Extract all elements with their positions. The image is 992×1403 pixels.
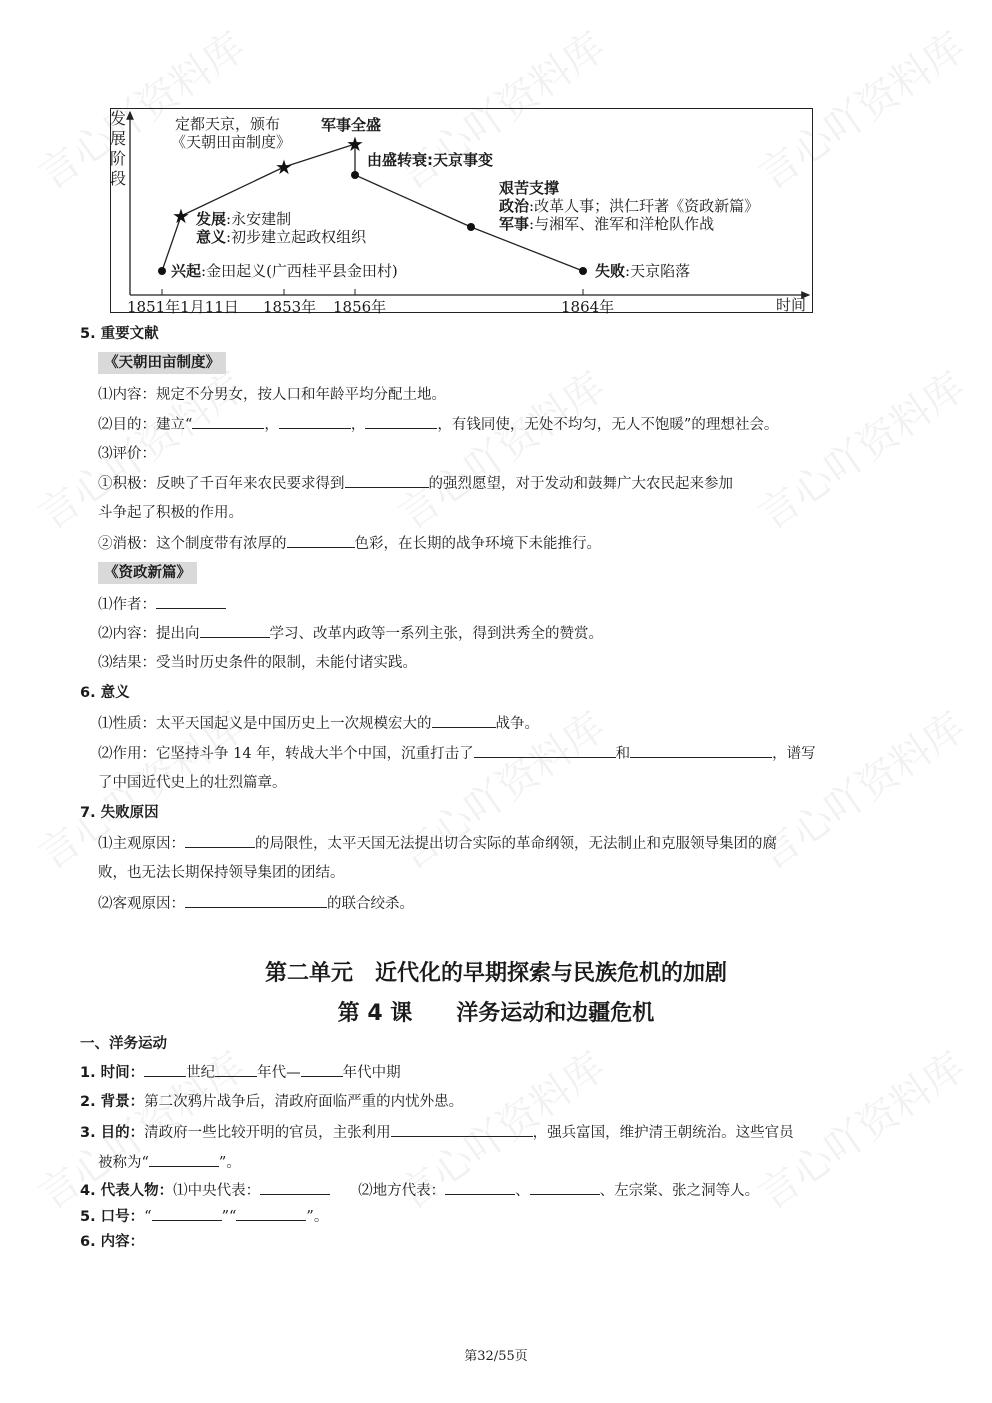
watermark: 言心吖资料库 — [745, 696, 974, 880]
westernization-figures: 4. 代表人物：⑴中央代表：⑵地方代表：、、左宗棠、张之洞等人。 — [80, 1180, 759, 1201]
blank[interactable] — [445, 1180, 515, 1195]
blank[interactable] — [474, 743, 616, 758]
section-7-heading: 7. 失败原因 — [80, 803, 159, 823]
watermark: 言心吖资料库 — [385, 356, 614, 540]
label-development: 发展:永安建制 意义:初步建立起政权组织 — [196, 210, 366, 246]
blank[interactable] — [144, 1062, 186, 1077]
blank[interactable] — [200, 623, 270, 638]
blank[interactable] — [185, 893, 327, 908]
doc-tianchao-title: 《天朝田亩制度》 — [98, 352, 226, 374]
blank[interactable] — [156, 594, 226, 609]
tick-1856: 1856年 — [333, 296, 386, 317]
label-capital: 定都天京，颁布 《天朝田亩制度》 — [171, 115, 291, 151]
tianchao-positive: ①积极：反映了千百年来农民要求得到的强烈愿望，对于发动和鼓舞广大农民起来参加 — [98, 473, 733, 494]
significance-effect-cont: 了中国近代史上的壮烈篇章。 — [98, 773, 287, 793]
blank[interactable] — [192, 414, 264, 429]
blank[interactable] — [287, 533, 355, 548]
blank[interactable] — [365, 414, 437, 429]
section-5-heading: 5. 重要文献 — [80, 324, 159, 344]
page-number: 第32/55页 — [0, 1345, 992, 1364]
y-axis-label: 发展阶段 — [110, 109, 130, 189]
tick-1853: 1853年 — [263, 296, 316, 317]
unit-title: 第二单元 近代化的早期探索与民族危机的加剧 — [0, 956, 992, 987]
failure-objective: ⑵客观原因：的联合绞杀。 — [98, 893, 414, 914]
blank[interactable] — [432, 713, 496, 728]
doc-zizheng-title: 《资政新篇》 — [98, 562, 197, 584]
westernization-slogan: 5. 口号：“”“”。 — [80, 1206, 328, 1227]
blank[interactable] — [215, 1062, 257, 1077]
westernization-time: 1. 时间：世纪年代—年代中期 — [80, 1062, 401, 1083]
failure-subjective: ⑴主观原因：的局限性，太平天国无法提出切合实际的革命纲领，无法制止和克服领导集团… — [98, 833, 777, 854]
x-axis-label: 时间 — [776, 296, 806, 314]
lesson-title: 第 4 课 洋务运动和边疆危机 — [0, 996, 992, 1027]
blank[interactable] — [260, 1180, 330, 1195]
label-peak: 军事全盛 — [321, 116, 381, 134]
tianchao-content: ⑴内容：规定不分男女，按人口和年龄平均分配土地。 — [98, 385, 446, 405]
label-struggle: 艰苦支撑 政治:改革人事；洪仁玕著《资政新篇》 军事:与湘军、淮军和洋枪队作战 — [499, 179, 759, 233]
svg-text:★: ★ — [346, 132, 364, 156]
tianchao-negative: ②消极：这个制度带有浓厚的色彩，在长期的战争环境下未能推行。 — [98, 533, 601, 554]
svg-text:★: ★ — [275, 155, 293, 179]
westernization-purpose-cont: 被称为“”。 — [98, 1152, 241, 1173]
section-6-heading: 6. 意义 — [80, 683, 130, 703]
blank[interactable] — [236, 1206, 306, 1221]
blank[interactable] — [152, 1206, 222, 1221]
failure-subjective-cont: 败，也无法长期保持领导集团的团结。 — [98, 863, 345, 883]
significance-effect: ⑵作用：它坚持斗争 14 年，转战大半个中国，沉重打击了和，谱写 — [98, 743, 816, 764]
blank[interactable] — [149, 1152, 219, 1167]
taiping-timeline-diagram: ★ ★ ★ 发展阶段 时间 1851年1月11日 1853年 1856年 186… — [110, 108, 813, 313]
zizheng-author: ⑴作者： — [98, 594, 226, 615]
zizheng-result: ⑶结果：受当时历史条件的限制，未能付诸实践。 — [98, 653, 417, 673]
zizheng-content: ⑵内容：提出向学习、改革内政等一系列主张，得到洪秀全的赞赏。 — [98, 623, 603, 644]
blank[interactable] — [279, 414, 351, 429]
label-turn: 由盛转衰:天京事变 — [367, 151, 493, 169]
blank[interactable] — [391, 1122, 533, 1137]
tick-1851: 1851年1月11日 — [127, 296, 239, 317]
label-fail: 失败:天京陷落 — [595, 262, 690, 280]
tianchao-positive-cont: 斗争起了积极的作用。 — [98, 503, 243, 523]
tianchao-purpose: ⑵目的：建立“，，，有钱同使，无处不均匀，无人不饱暖”的理想社会。 — [98, 414, 778, 435]
significance-nature: ⑴性质：太平天国起义是中国历史上一次规模宏大的战争。 — [98, 713, 539, 734]
part-1-heading: 一、洋务运动 — [80, 1034, 167, 1054]
blank[interactable] — [185, 833, 255, 848]
blank[interactable] — [301, 1062, 343, 1077]
westernization-content: 6. 内容： — [80, 1232, 144, 1252]
label-rise: 兴起:金田起义(广西桂平县金田村) — [171, 262, 398, 280]
blank[interactable] — [345, 473, 429, 488]
westernization-background: 2. 背景：第二次鸦片战争后，清政府面临严重的内忧外患。 — [80, 1092, 463, 1112]
watermark: 言心吖资料库 — [745, 356, 974, 540]
svg-text:★: ★ — [172, 204, 190, 228]
blank[interactable] — [530, 1180, 600, 1195]
tianchao-evaluation: ⑶评价： — [98, 444, 156, 464]
westernization-purpose: 3. 目的：清政府一些比较开明的官员，主张利用，强兵富国，维护清王朝统治。这些官… — [80, 1122, 794, 1143]
blank[interactable] — [630, 743, 772, 758]
tick-1864: 1864年 — [561, 296, 614, 317]
